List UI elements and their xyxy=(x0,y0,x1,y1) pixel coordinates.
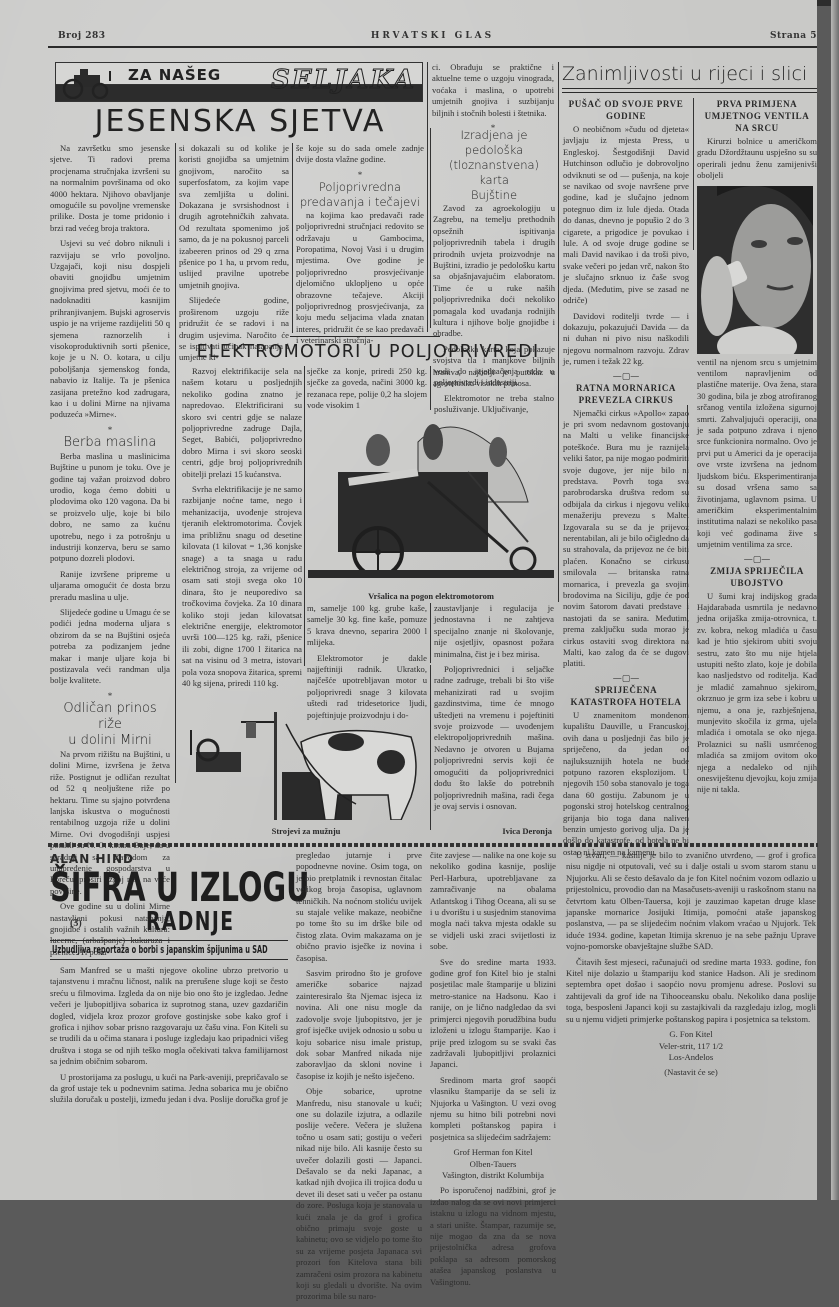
paragraph: U stvari, — kasnije je bilo to zvanično … xyxy=(566,850,816,953)
paragraph: Razvoj elektrifikacije sela na našem kot… xyxy=(182,366,302,480)
column-rule xyxy=(175,143,176,783)
paragraph: Po isporučenoj nadžbini, grof je izdao n… xyxy=(430,1185,556,1200)
serial-author: ALAN HIND xyxy=(50,852,134,866)
section-rule xyxy=(290,336,440,337)
milking-caption: Strojevi za mužnju xyxy=(186,826,426,836)
banner-text-seljaka: SELJAKA xyxy=(271,65,416,95)
paragraph: Njemački cirkus »Apollo« zapao je pri sv… xyxy=(563,408,689,670)
paragraph: ventil na njenom srcu s umjetnim ventilo… xyxy=(697,357,817,551)
paragraph: Davidovi roditelji tvrde — i dokazuju, p… xyxy=(563,311,689,368)
masthead-rule xyxy=(48,46,817,48)
snake-headline: ZMIJA SPRIJEČILA UBOJSTVO xyxy=(697,565,817,589)
lead-article-col2: si dokazali su od kolike je koristi gnoj… xyxy=(179,143,289,368)
rice-headline-line1: Odličan prinos riže xyxy=(50,701,170,733)
column-rule xyxy=(430,665,431,830)
paragraph: ci. Obrađuju se praktične i aktuelne tem… xyxy=(432,62,554,119)
rice-headline: Odličan prinos riže u dolini Mirni xyxy=(50,701,170,749)
electro-col1: Razvoj elektrifikacije sela na našem kot… xyxy=(182,366,302,693)
valve-article: PRVA PRIMJENA UMJETNOG VENTILA NA SRCU K… xyxy=(697,98,817,800)
paragraph: pregledao jutarnje i prve popodnevne nov… xyxy=(296,850,422,964)
serial-col4: U stvari, — kasnije je bilo to zvanično … xyxy=(566,850,816,1079)
circus-headline: RATNA MORNARICA PREVEZLA CIRKUS xyxy=(563,382,689,406)
pedology-headline-line3: Bujštine xyxy=(433,188,555,203)
lectures-headline-line2: predavanja i tečajevi xyxy=(296,195,424,210)
to-be-continued: (Nastavit će se) xyxy=(566,1067,816,1078)
serial-subtitle: Uzbudljiva reportaža o borbi s japanskim… xyxy=(52,943,268,957)
serial-col3: čite zavjese — nalike na one koje su nek… xyxy=(430,850,556,1200)
section-rule xyxy=(562,88,817,89)
card-line: Olben-Tauers xyxy=(430,1159,556,1170)
business-card-1: Grof Herman fon Kitel Olben-Tauers Vašin… xyxy=(430,1147,556,1181)
column-rule xyxy=(687,405,688,835)
paragraph: U šumi kraj indijskog grada Hajdarabada … xyxy=(697,591,817,796)
paragraph: Slijedeće godine u Umagu će se podići je… xyxy=(50,607,170,687)
milking-machine-illustration xyxy=(186,712,426,820)
paragraph: še koje su do sada omele zadnje dvije do… xyxy=(296,143,424,166)
paragraph: vodi do izjednačenja rada u poljoprivred… xyxy=(434,366,554,389)
column-rule xyxy=(427,62,428,332)
lead-article-col1: Na završetku smo jesenske sjetve. Ti rad… xyxy=(50,143,170,962)
threshing-machine-drawing xyxy=(308,412,554,588)
hotel-headline: SPRIJEČENA KATASTROFA HOTELA xyxy=(563,684,689,708)
subtitle-rule xyxy=(50,940,288,941)
valve-headline: PRVA PRIMJENA UMJETNOG VENTILA NA SRCU xyxy=(697,98,817,134)
thresher-illustration xyxy=(308,412,554,588)
electro-headline: ELEKTROMOTORI U POLJOPRIVREDI xyxy=(182,341,554,363)
paragraph: O neobičnom »čudu od djeteta« javljaju i… xyxy=(563,124,689,307)
smoker-article: PUŠAČ OD SVOJE PRVE GODINE O neobičnom »… xyxy=(563,98,689,862)
card-line: Vašington, distrikt Kolumbija xyxy=(430,1170,556,1181)
column-rule xyxy=(292,143,293,333)
separator-asterisk: * xyxy=(50,691,170,701)
electro-col3-mid: zaustavljanje i regulacija je jednostavn… xyxy=(434,603,554,816)
paragraph: Zavod za agroekologiju u Zagrebu, na tem… xyxy=(433,203,555,340)
paragraph: Na završetku smo jesenske sjetve. Ti rad… xyxy=(50,143,170,234)
box-divider-icon: —▢— xyxy=(563,674,689,684)
smoker-headline: PUŠAČ OD SVOJE PRVE GODINE xyxy=(563,98,689,122)
berba-headline: Berba maslina xyxy=(50,435,170,451)
card-line: Los-Anđelos xyxy=(566,1052,816,1063)
column-rule xyxy=(304,366,305,666)
tractor-icon xyxy=(60,67,118,99)
thresher-caption: Vršalica na pogon elektromotorom xyxy=(308,591,554,601)
paragraph: Elektromotor je dakle najjeftiniji radni… xyxy=(307,653,427,721)
business-card-2: G. Fon Kitel Veler-strit, 117 1/2 Los-An… xyxy=(566,1029,816,1063)
pedology-headline: Izradjena je pedološka (tloznanstvena) k… xyxy=(433,128,555,203)
paragraph: na kojima kao predavači rade poljoprivre… xyxy=(296,210,424,347)
paragraph: Sve do sredine marta 1933. godine grof f… xyxy=(430,957,556,1071)
lead-headline: JESENSKA SJETVA xyxy=(60,104,420,140)
box-divider-icon: —▢— xyxy=(697,555,817,565)
article-author: Ivica Deronja xyxy=(440,826,552,836)
serial-title-line2: RADNJE xyxy=(146,908,235,936)
paragraph: zaustavljanje i regulacija je jednostavn… xyxy=(434,603,554,660)
column-rule xyxy=(430,128,431,328)
paragraph: Sasvim prirodno što je grofove američke … xyxy=(296,968,422,1082)
section-rule xyxy=(562,92,817,93)
separator-asterisk: * xyxy=(296,170,424,180)
paragraph: Berba maslina u maslinicima Bujštine u p… xyxy=(50,451,170,565)
paragraph: čite zavjese — nalike na one koje su nek… xyxy=(430,850,556,953)
lead-article-col3: še koje su do sada omele zadnje dvije do… xyxy=(296,143,424,351)
column-rule xyxy=(693,98,694,250)
serial-col1: Sam Manfred se u mašti njegove okoline u… xyxy=(50,965,288,1110)
card-line: Grof Herman fon Kitel xyxy=(430,1147,556,1158)
cow-and-milking-machine-drawing xyxy=(186,712,426,820)
lectures-headline-line1: Poljoprivredna xyxy=(296,180,424,195)
paragraph: Obje sobarice, uprotne Manfredu, nisu st… xyxy=(296,1086,422,1200)
banner-text-za-naseg: ZA NAŠEG xyxy=(128,66,221,84)
lectures-headline: Poljoprivredna predavanja i tečajevi xyxy=(296,180,424,210)
card-line: G. Fon Kitel xyxy=(566,1029,816,1040)
paragraph: Kirurzi bolnice u američkom gradu Džordž… xyxy=(697,136,817,182)
paper-name: HRVATSKI GLAS xyxy=(48,31,817,41)
portrait-image xyxy=(697,186,813,354)
card-line: Veler-strit, 117 1/2 xyxy=(566,1041,816,1052)
paragraph: Poljoprivrednici i seljačke radne zadrug… xyxy=(434,664,554,812)
paragraph: m, samelje 100 kg. grube kaše, samelje 3… xyxy=(307,603,427,649)
paragraph: Sredinom marta grof saopći vlasniku štam… xyxy=(430,1075,556,1143)
page-number: Strana 5 xyxy=(770,31,817,41)
paragraph: U prostorijama za poslugu, u kući na Par… xyxy=(50,1072,288,1106)
serial-separator-rule xyxy=(48,843,818,847)
pedology-headline-line1: Izradjena je pedološka xyxy=(433,128,555,158)
lectures-continuation: ci. Obrađuju se praktične i aktuelne tem… xyxy=(432,62,554,133)
woman-portrait-photo xyxy=(697,186,813,354)
subtitle-rule xyxy=(50,959,288,960)
serial-part-number: (3) xyxy=(70,918,82,929)
electro-col2-top: sječke za konje, priredi 250 kg. sječke … xyxy=(307,366,427,416)
separator-asterisk: * xyxy=(50,425,170,435)
column-rule xyxy=(430,603,431,663)
column-rule xyxy=(430,366,431,410)
electro-col2-mid: m, samelje 100 kg. grube kaše, samelje 3… xyxy=(307,603,427,725)
section-banner: ZA NAŠEG SELJAKA xyxy=(55,62,423,102)
serial-col2: pregledao jutarnje i prve popodnevne nov… xyxy=(296,850,422,1200)
rice-headline-line2: u dolini Mirni xyxy=(50,733,170,749)
paragraph: sječke za konje, priredi 250 kg. sječke … xyxy=(307,366,427,412)
paragraph: Svrha elektrifikacije je ne samo razbija… xyxy=(182,484,302,689)
box-divider-icon: —▢— xyxy=(563,372,689,382)
scan-right-edge xyxy=(831,0,839,1200)
pedology-headline-line2: (tloznanstvena) karta xyxy=(433,158,555,188)
page-masthead: Broj 283 HRVATSKI GLAS Strana 5 xyxy=(48,31,817,45)
curiosities-headline: Zanimljivosti u rijeci i slici xyxy=(562,62,818,86)
paragraph: Čitavih šest mjeseci, računajući od sred… xyxy=(566,957,816,1025)
paragraph: si dokazali su od kolike je koristi gnoj… xyxy=(179,143,289,291)
paragraph: Sam Manfred se u mašti njegove okoline u… xyxy=(50,965,288,1068)
paragraph: U znamenitom mondenom kupalištu Dauville… xyxy=(563,710,689,858)
paragraph: Usjevi su već dobro niknuli i razvijaju … xyxy=(50,238,170,421)
paragraph: Ranije izvršene pripreme u uljarama omog… xyxy=(50,569,170,603)
column-rule xyxy=(558,62,559,602)
serial-title-line1: ŠIFRA U IZLOGU xyxy=(50,866,309,910)
